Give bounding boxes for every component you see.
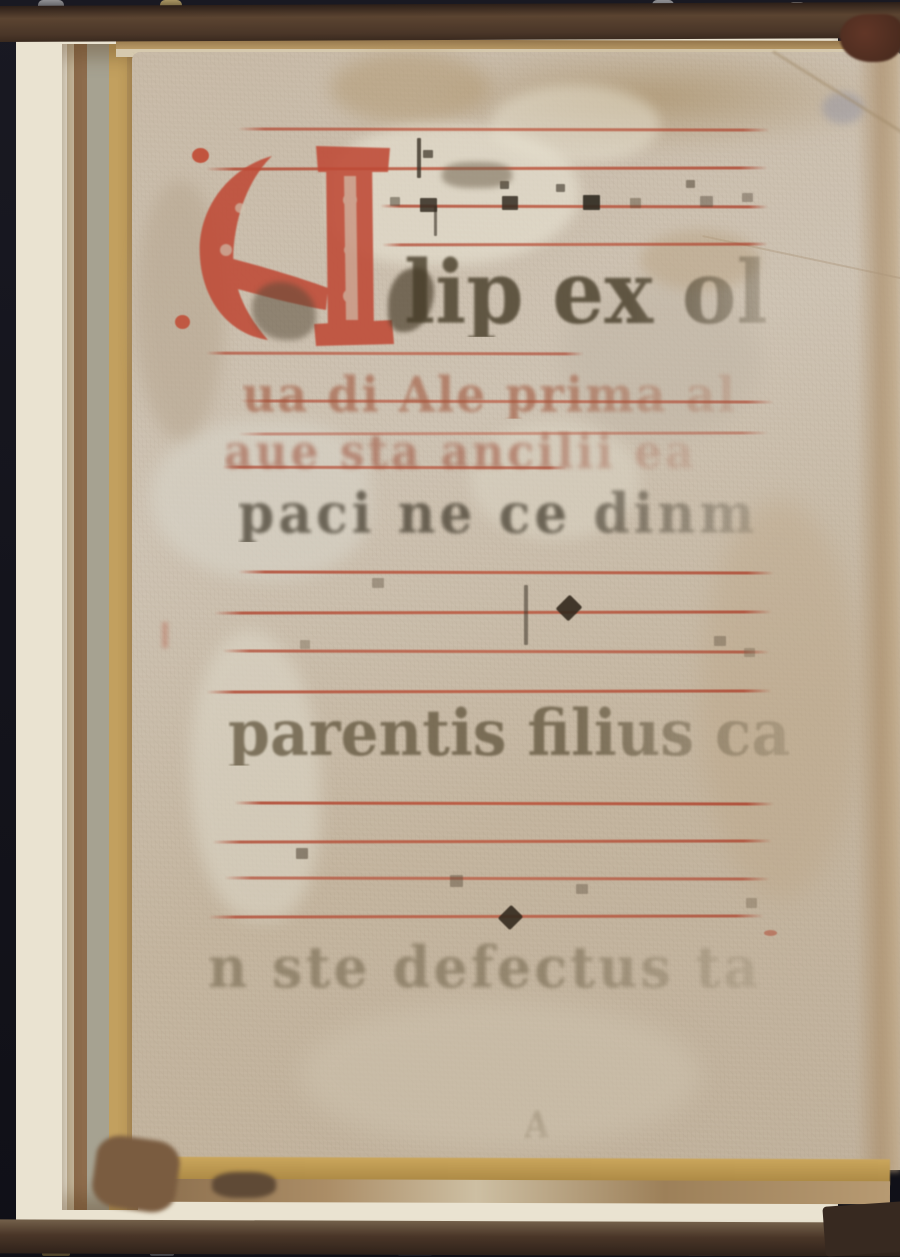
staff-line — [224, 876, 770, 880]
staff-line — [214, 610, 772, 614]
binding-corner-fold — [840, 14, 900, 62]
neume-square — [296, 848, 308, 859]
staff-line — [206, 689, 772, 693]
staff-line — [238, 127, 770, 131]
neume-square — [300, 640, 310, 649]
neume-square — [576, 884, 588, 894]
neume-diamond — [556, 595, 583, 622]
staff-line — [382, 243, 768, 247]
staff-line — [222, 649, 770, 653]
manuscript-photograph: lip ex ol ua di Ale prima al aue sta anc… — [0, 0, 900, 1257]
page-stack-corner — [89, 1133, 182, 1216]
neume-square — [423, 150, 433, 158]
neume-square — [502, 196, 518, 210]
binding-bar-top — [0, 2, 900, 42]
music-staff-layer — [0, 0, 900, 1257]
neume-square — [742, 193, 753, 202]
chant-text-line-1: lip ex ol — [404, 250, 768, 337]
neume-square — [746, 898, 757, 908]
neume-square — [372, 578, 384, 588]
neume-square — [630, 198, 641, 208]
neume-square — [450, 875, 463, 887]
rubric-text-line-1: ua di Ale prima al — [242, 370, 737, 419]
neume-stroke — [434, 206, 437, 236]
staff-line — [238, 570, 774, 574]
neume-square — [583, 195, 600, 210]
neume-square — [700, 196, 713, 207]
ghost-letter: A — [524, 1108, 550, 1144]
neume-square — [714, 636, 726, 646]
neume-square — [744, 648, 755, 657]
illuminated-initial-A — [176, 138, 411, 353]
binding-corner-shadow — [822, 1201, 900, 1257]
neume-square — [500, 181, 509, 189]
neume-diamond — [498, 905, 523, 930]
chant-text-line-2: parentis filius ca — [228, 702, 790, 766]
staff-line — [234, 801, 774, 805]
staff-line — [212, 839, 772, 843]
neume-square — [556, 184, 565, 192]
rubric-text-line-2: aue sta ancilii ea — [224, 430, 697, 477]
neume-stroke — [524, 585, 528, 645]
page-stack-corner — [212, 1172, 276, 1198]
binding-bar-bottom — [0, 1219, 900, 1256]
chant-text-line-3: n ste defectus ta — [208, 938, 761, 995]
staff-line — [208, 914, 764, 918]
neume-stroke — [417, 138, 421, 178]
red-dot — [764, 930, 777, 936]
faded-dark-text-line: paci ne ce dinm — [238, 487, 758, 542]
neume-square — [686, 180, 695, 188]
